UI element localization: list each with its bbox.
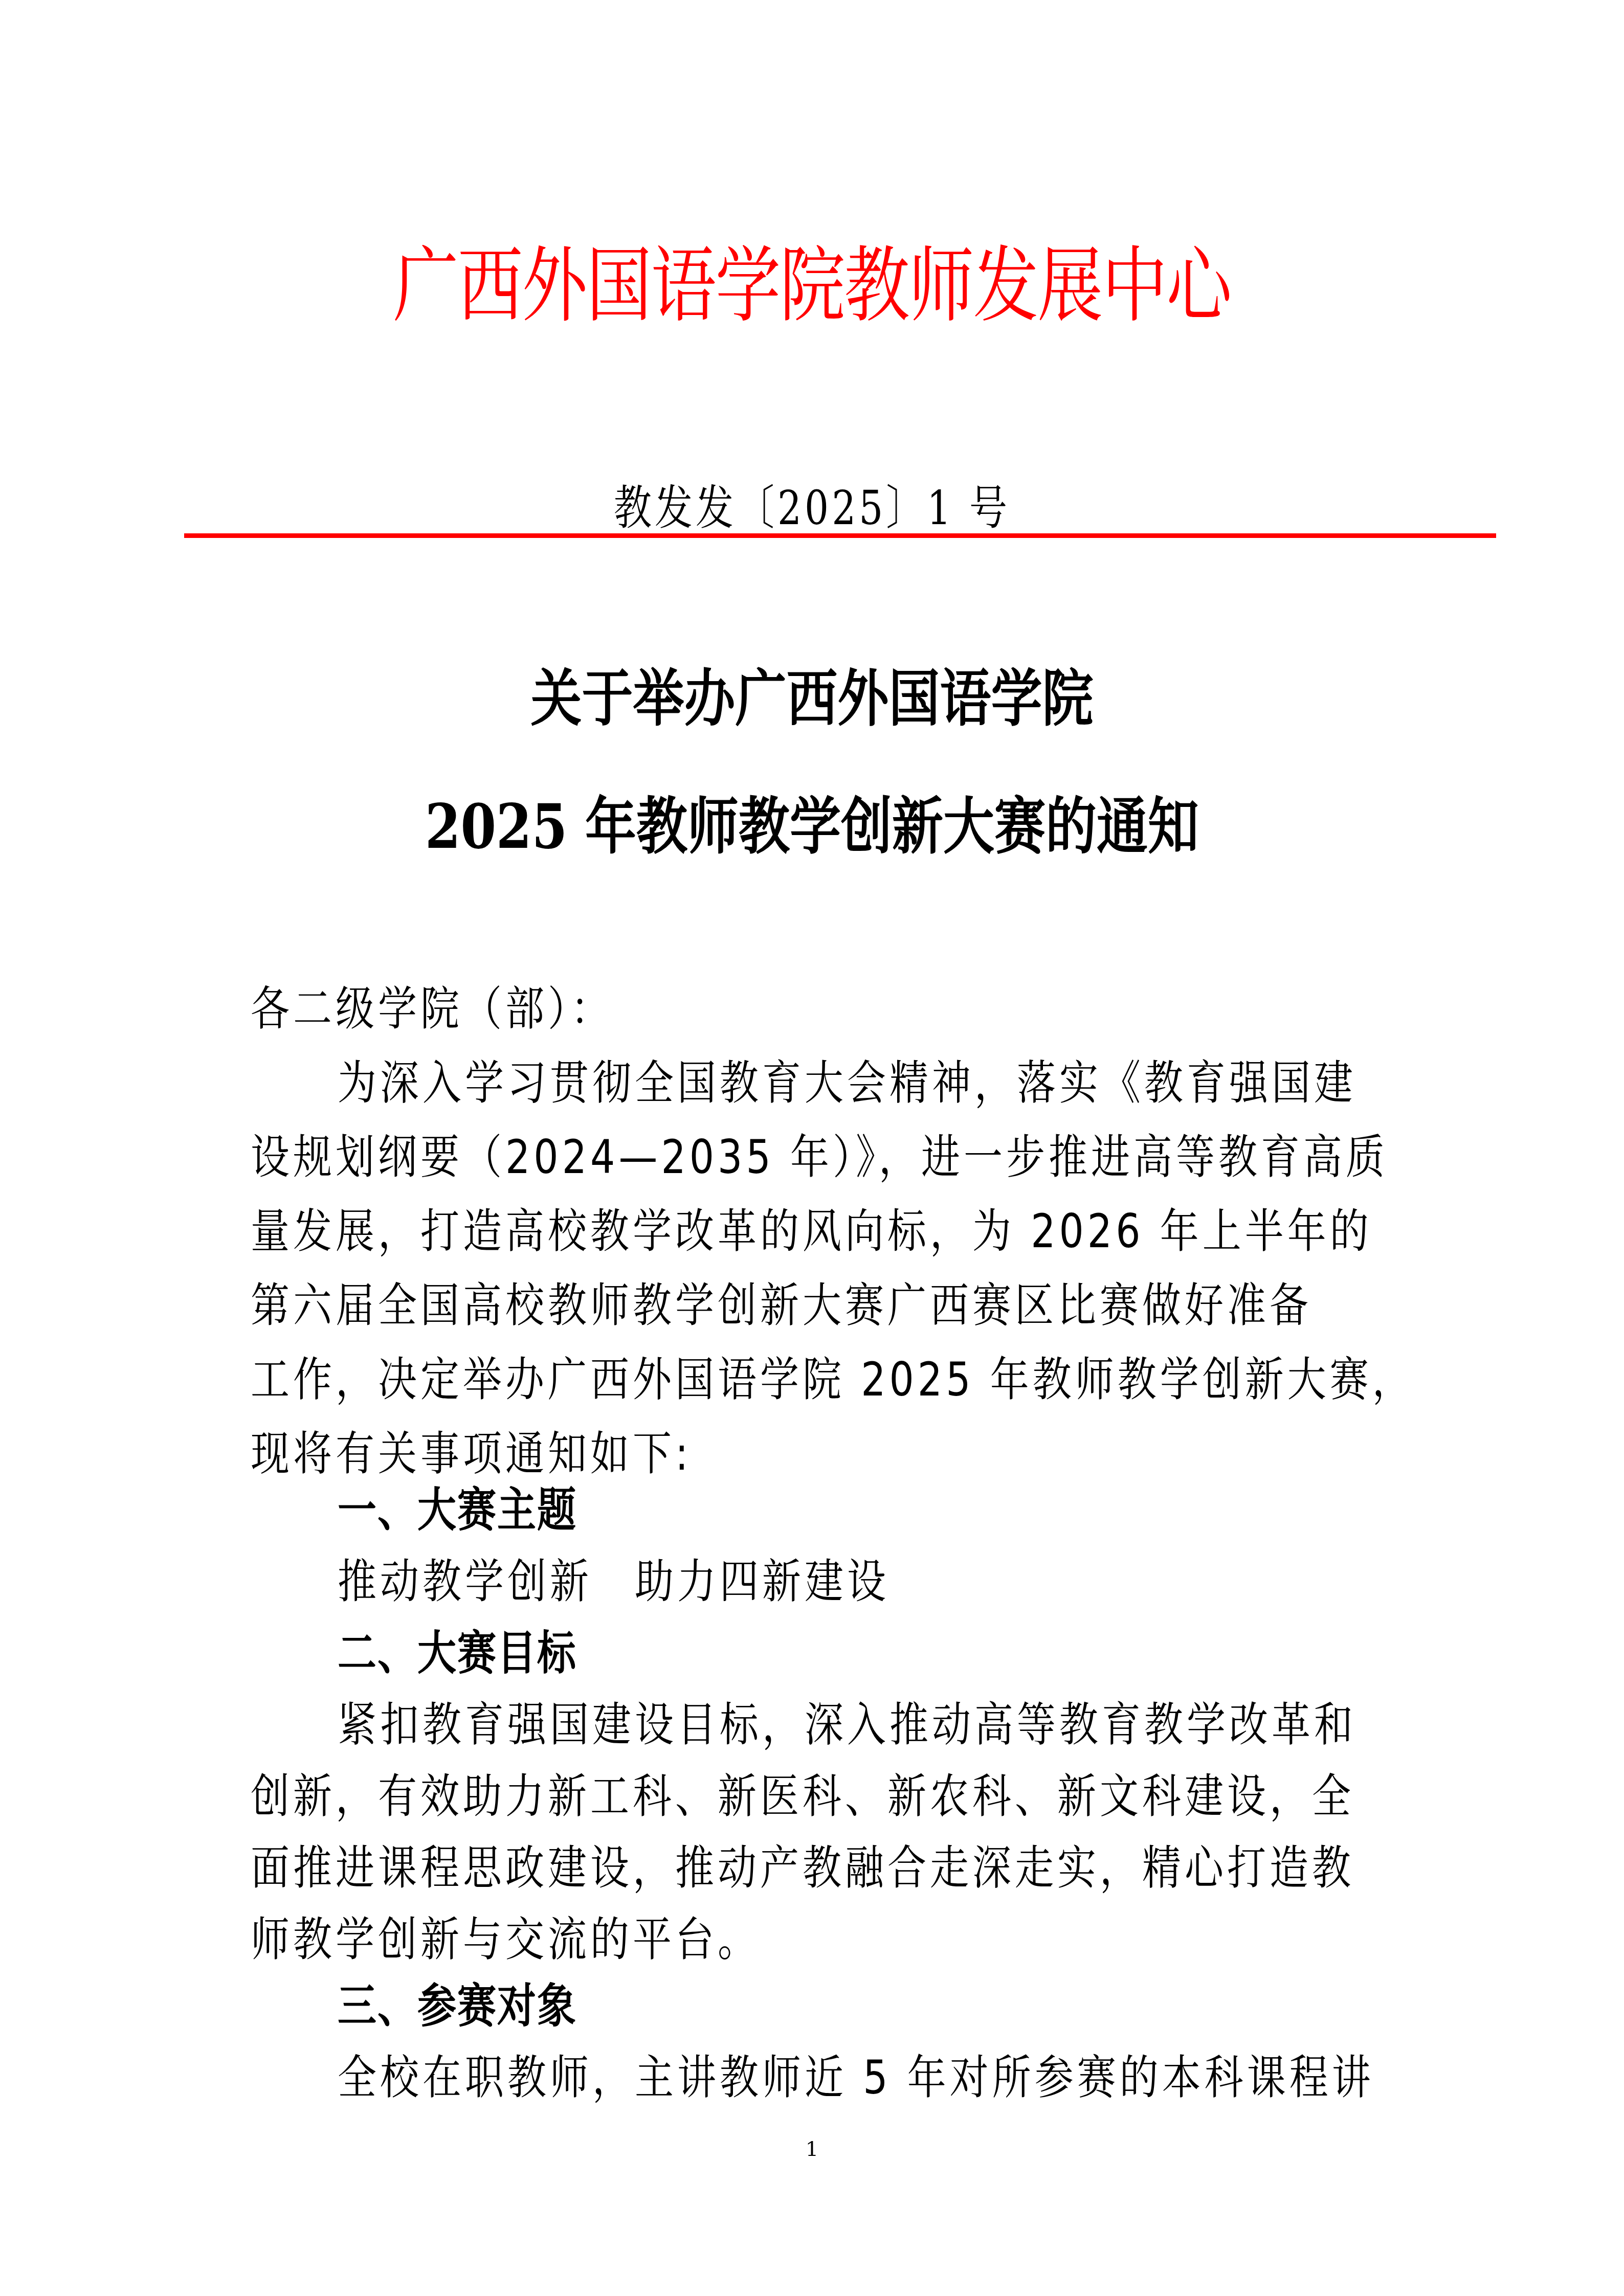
section-heading-goals: 二、大赛目标: [338, 1616, 1478, 1683]
section-heading-participants: 三、参赛对象: [338, 1969, 1478, 2036]
section-heading-theme: 一、大赛主题: [338, 1473, 1478, 1540]
intro-line: 量发展，打造高校教学改革的风向标，为 2026 年上半年的: [251, 1194, 1391, 1261]
intro-line: 工作，决定举办广西外国语学院 2025 年教师教学创新大赛，: [251, 1342, 1391, 1409]
page-number: 1: [0, 2137, 1624, 2161]
intro-line: 设规划纲要（2024—2035 年）》，进一步推进高等教育高质: [251, 1120, 1391, 1187]
section-text: 师教学创新与交流的平台。: [251, 1902, 1391, 1969]
red-divider: [184, 533, 1496, 538]
document-title-line-2: 2025 年教师教学创新大赛的通知: [0, 777, 1624, 866]
salutation: 各二级学院（部）：: [251, 972, 1391, 1039]
document-title-line-1: 关于举办广西外国语学院: [0, 649, 1624, 738]
intro-line: 第六届全国高校教师教学创新大赛广西赛区比赛做好准备: [251, 1268, 1391, 1335]
document-page: 广西外国语学院教师发展中心 教发发〔2025〕1 号 关于举办广西外国语学院 2…: [0, 0, 1624, 2296]
org-letterhead: 广西外国语学院教师发展中心: [0, 220, 1624, 337]
section-text: 推动教学创新 助力四新建设: [338, 1544, 1478, 1611]
section-text: 全校在职教师，主讲教师近 5 年对所参赛的本科课程讲: [338, 2040, 1478, 2107]
section-text: 紧扣教育强国建设目标，深入推动高等教育教学改革和: [338, 1687, 1478, 1754]
section-text: 创新，有效助力新工科、新医科、新农科、新文科建设，全: [251, 1759, 1391, 1826]
intro-line: 为深入学习贯彻全国教育大会精神，落实《教育强国建: [338, 1046, 1478, 1113]
document-number: 教发发〔2025〕1 号: [0, 470, 1624, 538]
section-text: 面推进课程思政建设，推动产教融合走深走实，精心打造教: [251, 1831, 1391, 1898]
